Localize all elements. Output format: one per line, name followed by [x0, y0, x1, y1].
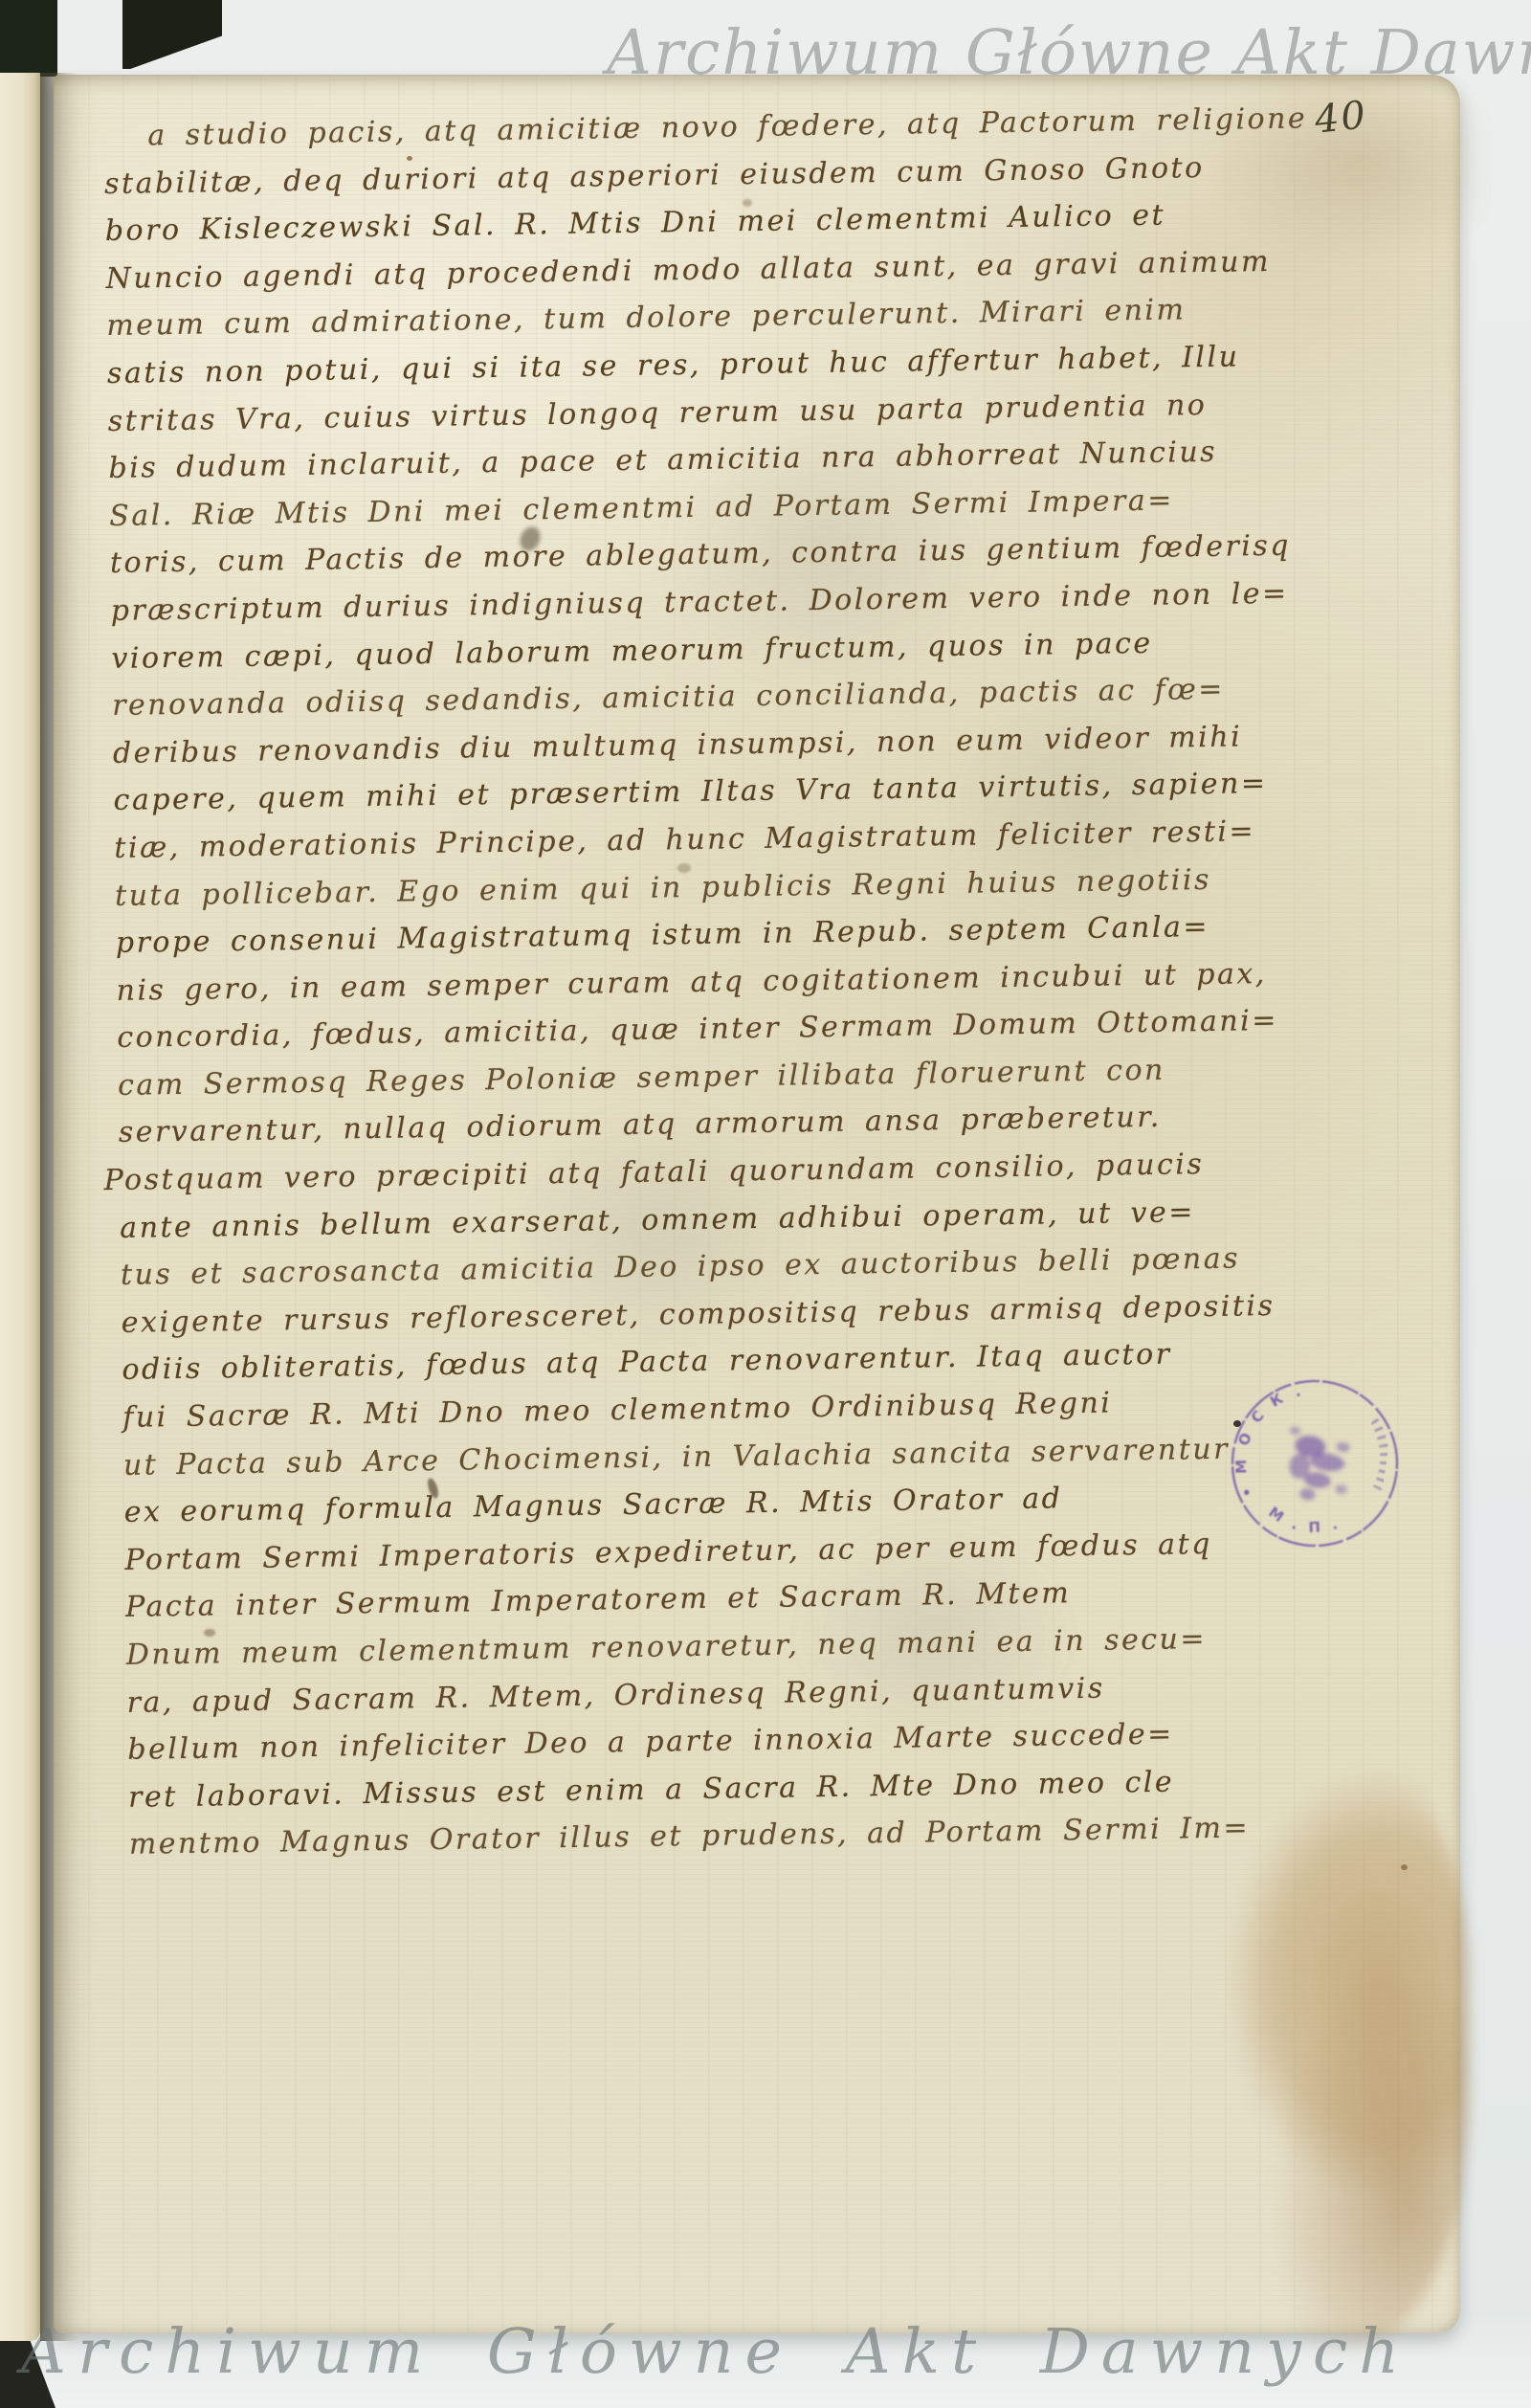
- stamp-emblem: [1280, 1426, 1355, 1505]
- binding-corner-left: [0, 0, 57, 77]
- archive-stamp: • М О С К . М . П .: [1212, 1361, 1418, 1567]
- manuscript-text: a studio pacis, atq amicitiæ novo fœdere…: [103, 94, 1450, 1869]
- stamp-ring-marks: [1365, 1420, 1390, 1489]
- scan-background: 40 a studio pacis, atq amicitiæ novo fœd…: [0, 0, 1531, 2408]
- binding-shadow-bottom-left: [0, 2337, 55, 2408]
- stamp-ring-text-left: • М О С К .: [1227, 1373, 1308, 1506]
- facing-page-edge: [0, 73, 40, 2341]
- manuscript-page: 40 a studio pacis, atq amicitiæ novo fœd…: [54, 75, 1460, 2333]
- binding-corner-top: [122, 0, 222, 69]
- ink-speck: [1401, 1864, 1408, 1870]
- svg-text:• М О С К .: • М О С К .: [1227, 1373, 1308, 1506]
